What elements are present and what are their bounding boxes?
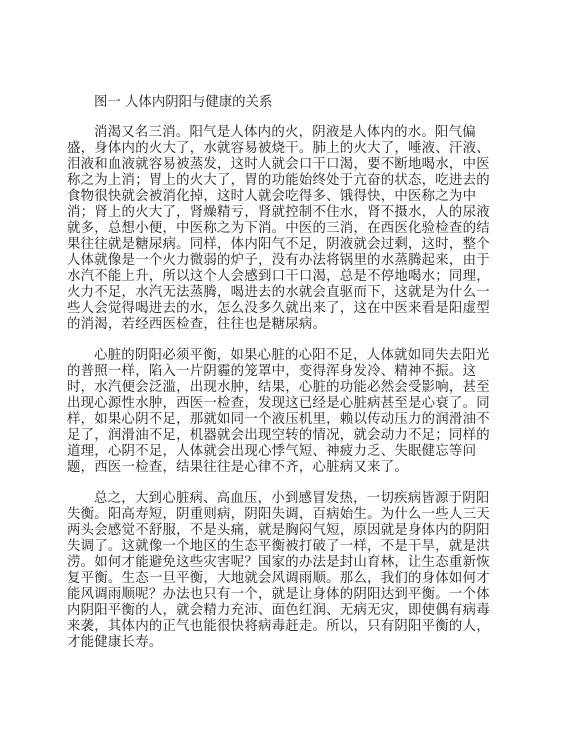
text-line: 果往往就是糖尿病。同样，体内阳气不足，阴液就会过剩，这时，整个 <box>67 237 507 253</box>
text-line: 心脏的阴阳必须平衡，如果心脏的心阳不足，人体就如同失去阳光 <box>67 348 507 364</box>
text-line: 的消渴，若经西医检查，往往也是糖尿病。 <box>67 317 507 333</box>
text-line: 题，西医一检查，结果往往是心律不齐，心脏病又来了。 <box>67 460 507 476</box>
text-line: 消；肾上的火大了，肾燥精亏，肾就控制不住水，肾不摄水，人的尿液 <box>67 205 507 221</box>
text-line: 能风调雨顺呢？办法也只有一个，就是让身体的阴阳达到平衡。一个体 <box>67 587 507 603</box>
text-line: 来袭，其体内的正气也能很快将病毒赶走。所以，只有阴阳平衡的人， <box>67 619 507 635</box>
text-line: 涝。如何才能避免这些灾害呢？国家的办法是封山育林，让生态重新恢 <box>67 555 507 571</box>
text-line: 样，如果心阴不足，那就如同一个液压机里，赖以传动压力的润滑油不 <box>67 412 507 428</box>
text-line: 失调了。这就像一个地区的生态平衡被打破了一样，不是干旱，就是洪 <box>67 539 507 555</box>
text-line: 两头会感觉不舒服，不是头痛，就是胸闷气短，原因就是身体内的阴阳 <box>67 523 507 539</box>
text-line: 才能健康长寿。 <box>67 635 507 651</box>
paragraph-xiaoke: 消渴又名三消。阳气是人体内的火，阴液是人体内的水。阳气偏 盛，身体内的火大了，水… <box>67 125 507 333</box>
text-line: 盛，身体内的火大了，水就容易被烧干。肺上的火大了，唾液、汗液、 <box>67 141 507 157</box>
text-line: 就多，总想小便，中医称之为下消。中医的三消，在西医化验检查的结 <box>67 221 507 237</box>
text-line: 人体就像是一个火力微弱的炉子，没有办法将锅里的水蒸腾起来，由于 <box>67 253 507 269</box>
text-line: 消渴又名三消。阳气是人体内的火，阴液是人体内的水。阳气偏 <box>67 125 507 141</box>
text-line: 复平衡。生态一旦平衡，大地就会风调雨顺。那么，我们的身体如何才 <box>67 571 507 587</box>
text-line: 总之，大到心脏病、高血压，小到感冒发热，一切疾病皆源于阴阳 <box>67 491 507 507</box>
text-line: 火力不足，水汽无法蒸腾，喝进去的水就会直驱而下，这就是为什么一 <box>67 285 507 301</box>
text-line: 水汽不能上升，所以这个人会感到口干口渴，总是不停地喝水；同理， <box>67 269 507 285</box>
text-line: 称之为上消；胃上的火大了，胃的功能始终处于亢奋的状态，吃进去的 <box>67 173 507 189</box>
text-line: 的普照一样，陷入一片阴霾的笼罩中，变得浑身发冷、精神不振。这 <box>67 364 507 380</box>
text-line: 时，水汽便会泛滥，出现水肿，结果，心脏的功能必然会受影响，甚至 <box>67 380 507 396</box>
text-line: 些人会觉得喝进去的水，怎么没多久就出来了，这在中医来看是阳虚型 <box>67 301 507 317</box>
text-line: 失衡。阳高寿短，阴重则病，阴阳失调，百病始生。为什么一些人三天 <box>67 507 507 523</box>
document-page: 图一 人体内阴阳与健康的关系 消渴又名三消。阳气是人体内的火，阴液是人体内的水。… <box>67 95 507 666</box>
figure-title: 图一 人体内阴阳与健康的关系 <box>67 95 507 111</box>
text-line: 食物很快就会被消化掉，这时人就会吃得多、饿得快，中医称之为中 <box>67 189 507 205</box>
text-line: 出现心源性水肿，西医一检查，发现这已经是心脏病甚至是心衰了。同 <box>67 396 507 412</box>
text-line: 足了，润滑油不足，机器就会出现空转的情况，就会动力不足；同样的 <box>67 428 507 444</box>
text-line: 泪液和血液就容易被蒸发，这时人就会口干口渴，要不断地喝水，中医 <box>67 157 507 173</box>
text-line: 内阴阳平衡的人，就会精力充沛、面色红润、无病无灾，即使偶有病毒 <box>67 603 507 619</box>
paragraph-conclusion: 总之，大到心脏病、高血压，小到感冒发热，一切疾病皆源于阴阳 失衡。阳高寿短，阴重… <box>67 491 507 651</box>
text-line: 道理，心阴不足，人体就会出现心悸气短、神疲力乏、失眠健忘等问 <box>67 444 507 460</box>
paragraph-heart: 心脏的阴阳必须平衡，如果心脏的心阳不足，人体就如同失去阳光 的普照一样，陷入一片… <box>67 348 507 476</box>
